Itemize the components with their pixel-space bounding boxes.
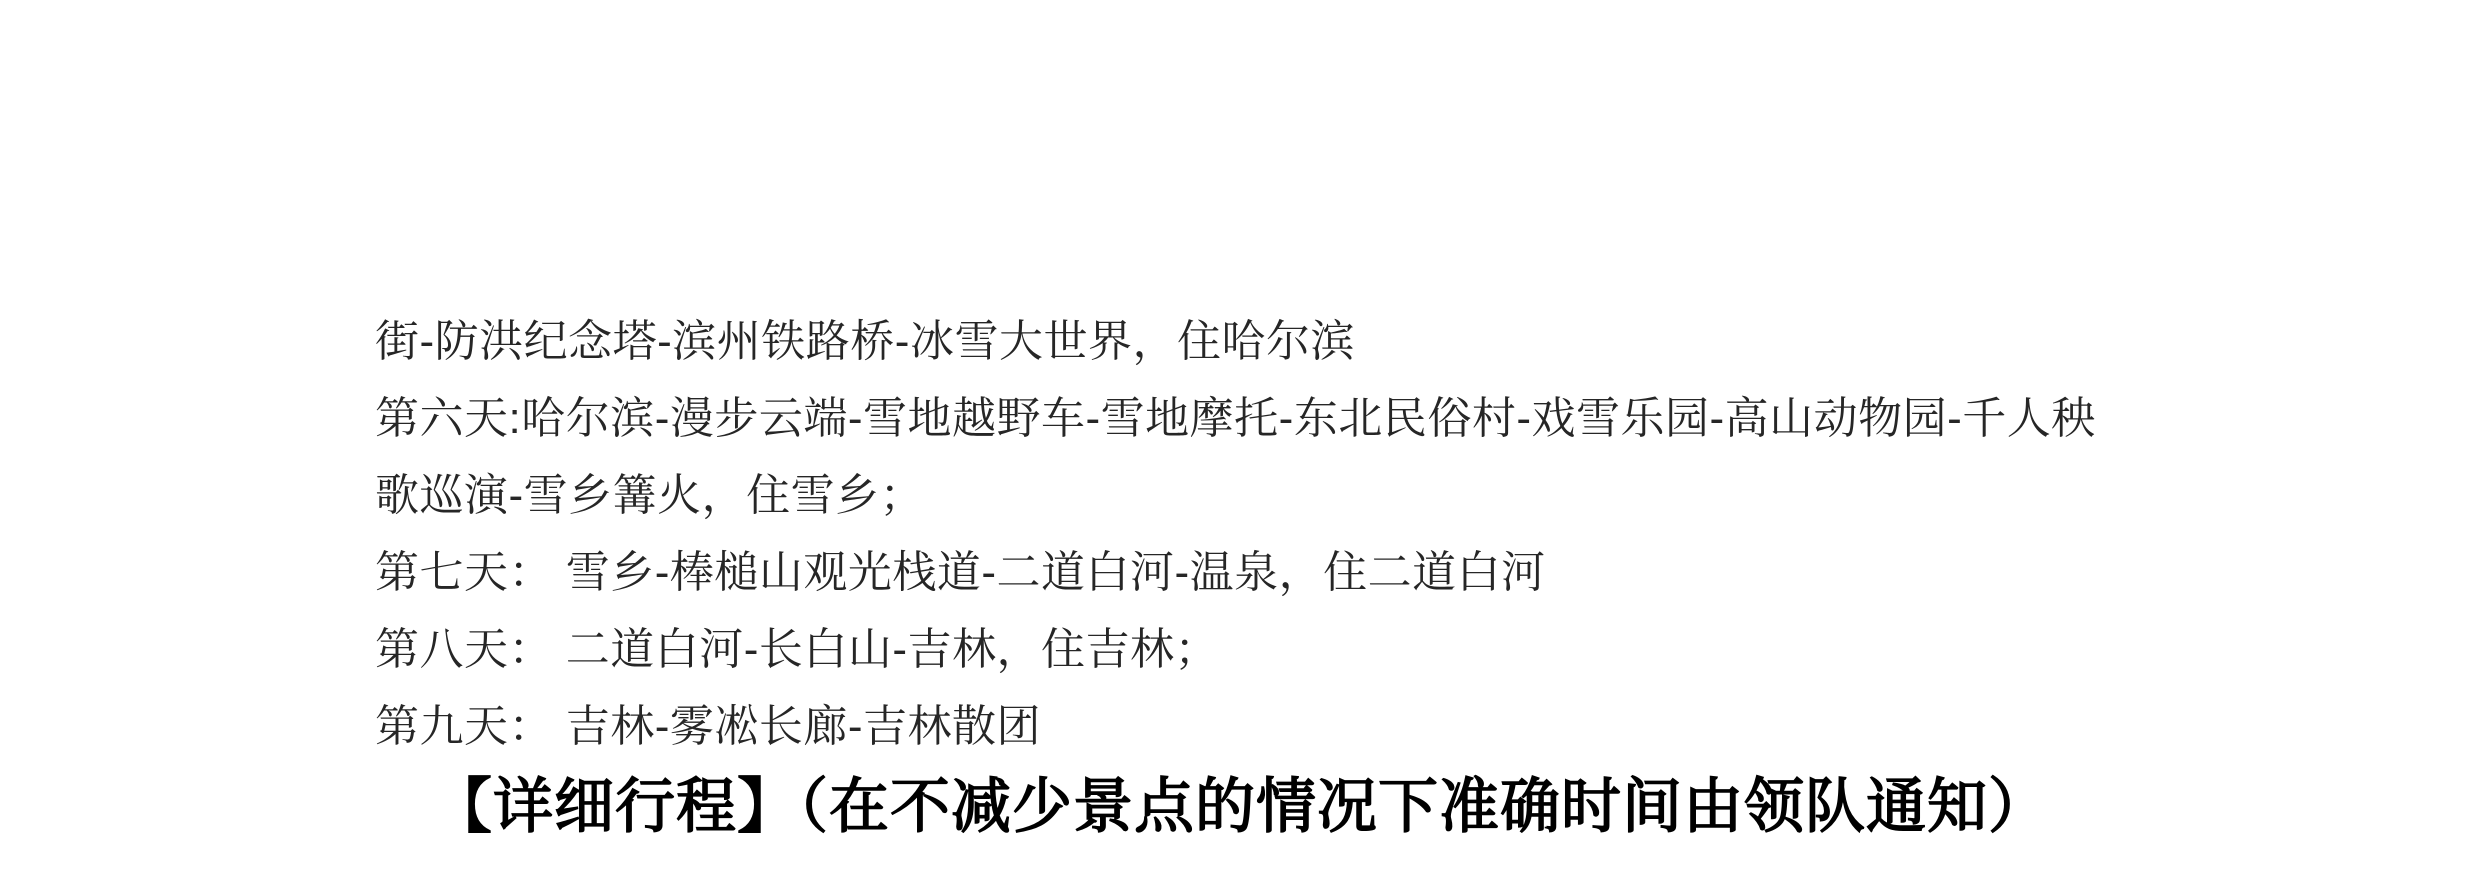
itinerary-summary-block: 街-防洪纪念塔-滨州铁路桥-冰雪大世界，住哈尔滨 第六天:哈尔滨-漫步云端-雪地…	[375, 303, 2106, 765]
itinerary-line-day9: 第九天： 吉林-雾凇长廊-吉林散团	[375, 688, 2106, 765]
itinerary-line-day8: 第八天： 二道白河-长白山-吉林，住吉林；	[375, 611, 2106, 688]
itinerary-line-day6-continuation: 歌巡演-雪乡篝火，住雪乡；	[375, 457, 2106, 534]
itinerary-line-day7: 第七天： 雪乡-棒槌山观光栈道-二道白河-温泉，住二道白河	[375, 534, 2106, 611]
itinerary-page: 街-防洪纪念塔-滨州铁路桥-冰雪大世界，住哈尔滨 第六天:哈尔滨-漫步云端-雪地…	[375, 0, 2106, 849]
itinerary-line-day6: 第六天:哈尔滨-漫步云端-雪地越野车-雪地摩托-东北民俗村-戏雪乐园-高山动物园…	[375, 380, 2106, 457]
detailed-itinerary-heading: 【详细行程】（在不减少景点的情况下准确时间由领队通知）	[375, 765, 2106, 849]
itinerary-line-continuation-day5: 街-防洪纪念塔-滨州铁路桥-冰雪大世界，住哈尔滨	[375, 303, 2106, 380]
